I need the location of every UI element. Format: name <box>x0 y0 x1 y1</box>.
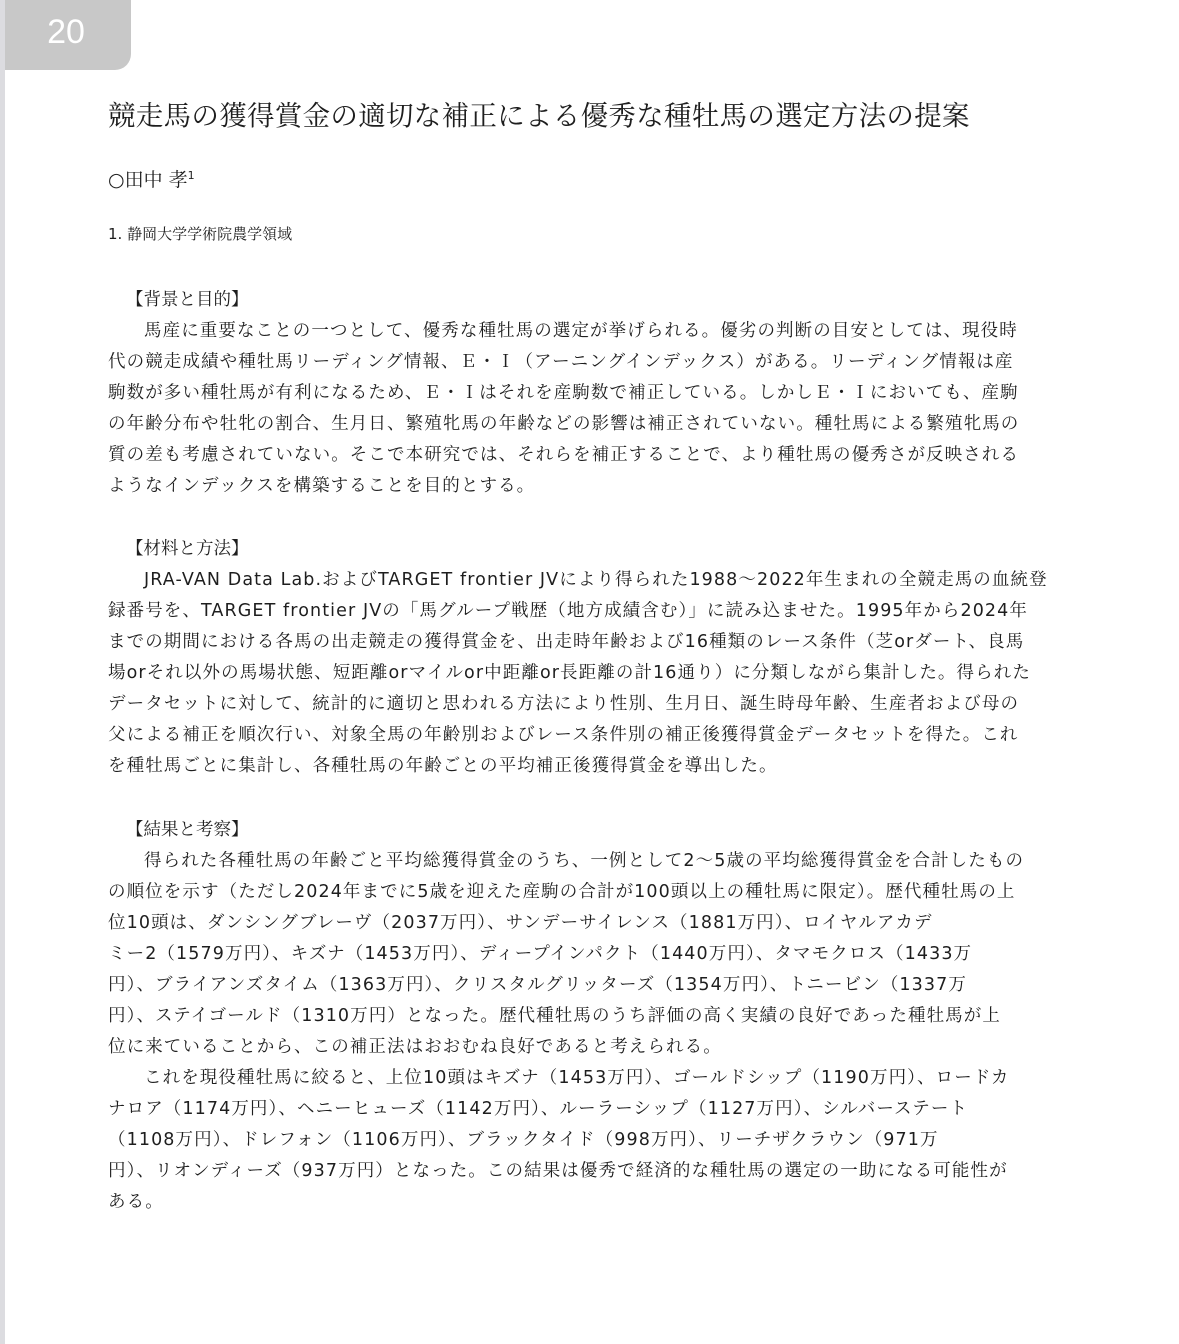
text-line: 円）、ブライアンズタイム（1363万円）、クリスタルグリッターズ（1354万円）… <box>108 970 1118 1001</box>
paragraph: 得られた各種牡馬の年齢ごと平均総獲得賞金のうち、一例として2～5歳の平均総獲得賞… <box>108 846 1118 1063</box>
text-line: 馬産に重要なことの一つとして、優秀な種牡馬の選定が挙げられる。優劣の判断の目安と… <box>108 316 1118 347</box>
abstract-header: 競走馬の獲得賞金の適切な補正による優秀な種牡馬の選定方法の提案 ○田中 孝1 1… <box>108 92 1108 246</box>
paragraph: 馬産に重要なことの一つとして、優秀な種牡馬の選定が挙げられる。優劣の判断の目安と… <box>108 316 1118 502</box>
section-heading: 【材料と方法】 <box>108 534 1118 565</box>
text-line: 代の競走成績や種牡馬リーディング情報、Ｅ・Ｉ（アーニングインデックス）がある。リ… <box>108 347 1118 378</box>
text-line: までの期間における各馬の出走競走の獲得賞金を、出走時年齢および16種類のレース条… <box>108 627 1118 658</box>
page-title: 競走馬の獲得賞金の適切な補正による優秀な種牡馬の選定方法の提案 <box>108 92 1108 140</box>
text-line: 得られた各種牡馬の年齢ごと平均総獲得賞金のうち、一例として2～5歳の平均総獲得賞… <box>108 846 1118 877</box>
text-line: ようなインデックスを構築することを目的とする。 <box>108 471 1118 502</box>
text-line: これを現役種牡馬に絞ると、上位10頭はキズナ（1453万円）、ゴールドシップ（1… <box>108 1063 1118 1094</box>
author-line: ○田中 孝1 <box>108 165 1108 195</box>
text-line: 駒数が多い種牡馬が有利になるため、Ｅ・Ｉはそれを産駒数で補正している。しかしＥ・… <box>108 378 1118 409</box>
text-line: ある。 <box>108 1187 1118 1218</box>
section-heading: 【結果と考察】 <box>108 815 1118 846</box>
section-methods: 【材料と方法】 JRA-VAN Data Lab.およびTARGET front… <box>108 534 1118 782</box>
text-line: 質の差も考慮されていない。そこで本研究では、それらを補正することで、より種牡馬の… <box>108 440 1118 471</box>
page-number-tab: 20 <box>5 0 131 70</box>
text-line: JRA-VAN Data Lab.およびTARGET frontier JVによ… <box>108 565 1118 596</box>
paragraph: これを現役種牡馬に絞ると、上位10頭はキズナ（1453万円）、ゴールドシップ（1… <box>108 1063 1118 1218</box>
section-results: 【結果と考察】 得られた各種牡馬の年齢ごと平均総獲得賞金のうち、一例として2～5… <box>108 815 1118 1218</box>
text-line: の年齢分布や牡牝の割合、生月日、繁殖牝馬の年齢などの影響は補正されていない。種牡… <box>108 409 1118 440</box>
text-line: 円）、ステイゴールド（1310万円）となった。歴代種牡馬のうち評価の高く実績の良… <box>108 1001 1118 1032</box>
author-affiliation-marker: 1 <box>188 169 195 182</box>
text-line: 父による補正を順次行い、対象全馬の年齢別およびレース条件別の補正後獲得賞金データ… <box>108 720 1118 751</box>
text-line: ナロア（1174万円）、ヘニーヒューズ（1142万円）、ルーラーシップ（1127… <box>108 1094 1118 1125</box>
page-left-edge <box>0 0 5 1344</box>
text-line: 位に来ていることから、この補正法はおおむね良好であると考えられる。 <box>108 1032 1118 1063</box>
text-line: ミー2（1579万円）、キズナ（1453万円）、ディープインパクト（1440万円… <box>108 939 1118 970</box>
section-background: 【背景と目的】 馬産に重要なことの一つとして、優秀な種牡馬の選定が挙げられる。優… <box>108 285 1118 502</box>
section-heading: 【背景と目的】 <box>108 285 1118 316</box>
text-line: データセットに対して、統計的に適切と思われる方法により性別、生月日、誕生時母年齢… <box>108 689 1118 720</box>
text-line: 録番号を、TARGET frontier JVの「馬グループ戦歴（地方成績含む）… <box>108 596 1118 627</box>
author-name: ○田中 孝 <box>108 169 188 191</box>
text-line: の順位を示す（ただし2024年までに5歳を迎えた産駒の合計が100頭以上の種牡馬… <box>108 877 1118 908</box>
text-line: 円）、リオンディーズ（937万円）となった。この結果は優秀で経済的な種牡馬の選定… <box>108 1156 1118 1187</box>
text-line: 位10頭は、ダンシングブレーヴ（2037万円）、サンデーサイレンス（1881万円… <box>108 908 1118 939</box>
text-line: 場orそれ以外の馬場状態、短距離orマイルor中距離or長距離の計16通り）に分… <box>108 658 1118 689</box>
affiliation: 1. 静岡大学学術院農学領域 <box>108 222 1108 246</box>
paragraph: JRA-VAN Data Lab.およびTARGET frontier JVによ… <box>108 565 1118 782</box>
text-line: を種牡馬ごとに集計し、各種牡馬の年齢ごとの平均補正後獲得賞金を導出した。 <box>108 751 1118 782</box>
text-line: （1108万円）、ドレフォン（1106万円）、ブラックタイド（998万円）、リー… <box>108 1125 1118 1156</box>
page-number: 20 <box>47 13 85 52</box>
